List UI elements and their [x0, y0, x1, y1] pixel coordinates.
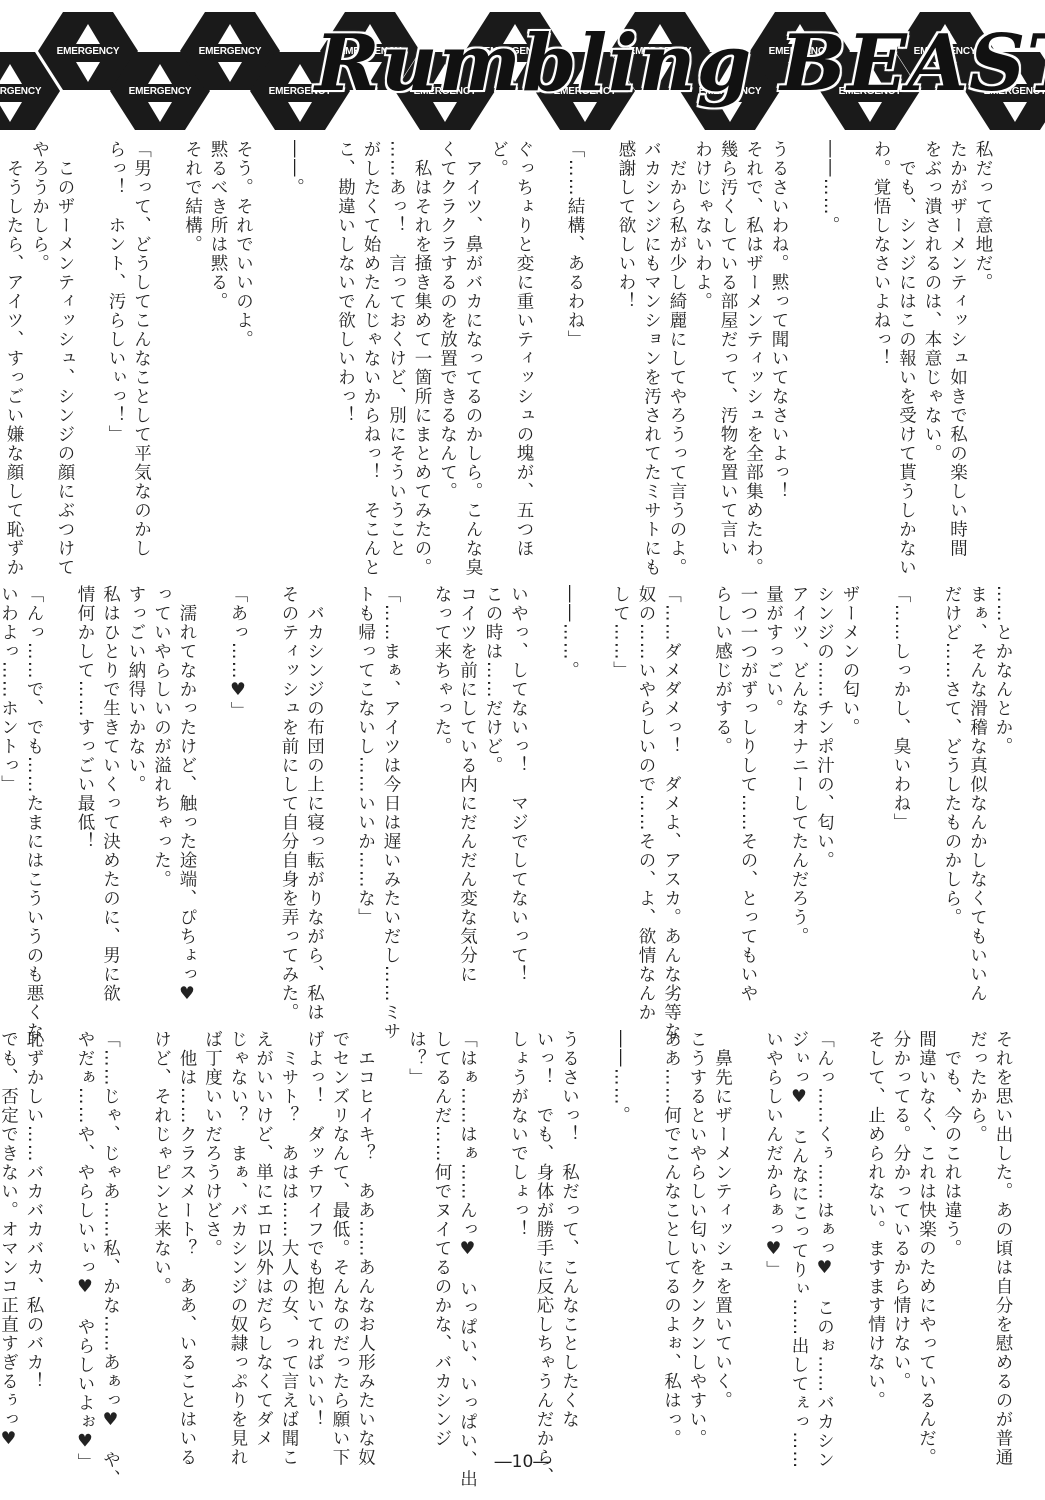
hexagon-label: EMERGENCY: [180, 46, 280, 57]
hexagon-label: EMERGENCY: [110, 86, 210, 97]
triangle-down-icon: [76, 62, 100, 82]
triangle-down-icon: [288, 102, 312, 122]
text-block-bottom: それを思い出した。あの頃は自分を慰めるのが普通 だったから。 でも、今のこれは違…: [0, 1030, 1015, 1450]
triangle-up-icon: [218, 24, 242, 44]
hexagon-label: EMERGENCY: [38, 46, 138, 57]
hexagon-label: EMERGENCY: [0, 86, 60, 97]
text-block-top: 私だって意地だ。 たかがザーメンティッシュ如きで私の楽しい時間 をぶっ潰されるの…: [0, 140, 995, 560]
page-number: ―10―: [0, 1452, 1045, 1472]
triangle-up-icon: [148, 64, 172, 84]
triangle-up-icon: [76, 24, 100, 44]
triangle-down-icon: [218, 62, 242, 82]
triangle-down-icon: [148, 102, 172, 122]
page-title: Rumbling BEAST: [315, 18, 1045, 109]
triangle-up-icon: [0, 64, 22, 84]
triangle-down-icon: [0, 102, 22, 122]
triangle-up-icon: [288, 64, 312, 84]
text-block-middle: ……とかなんとか。 まぁ、そんな滑稽な真似なんかしなくてもいいん だけど……さて…: [0, 585, 1015, 1005]
